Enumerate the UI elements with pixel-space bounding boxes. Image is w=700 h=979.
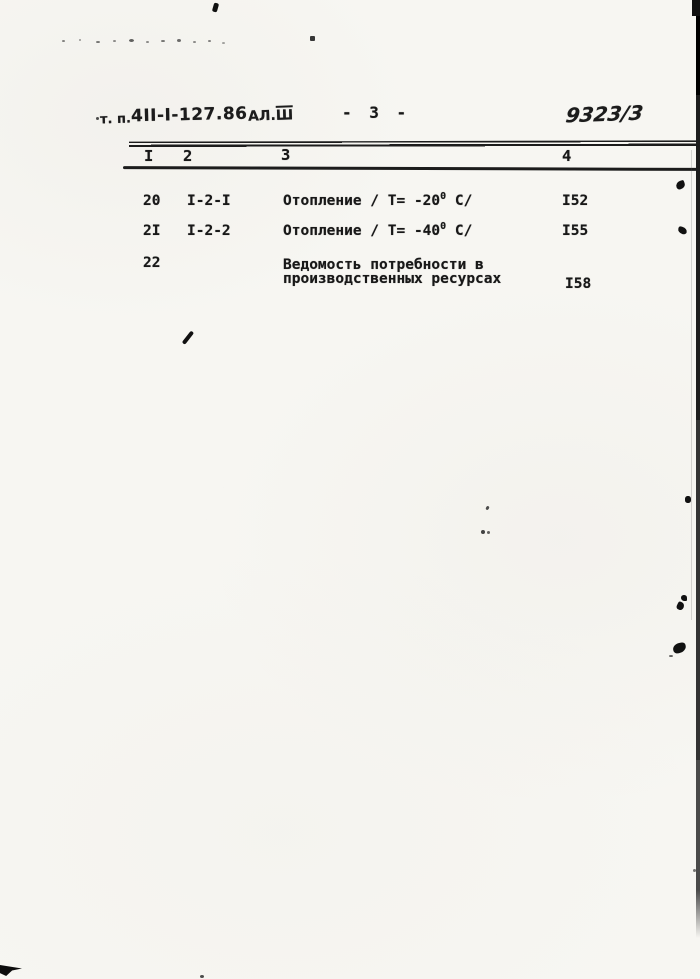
album-roman-numeral: Ш [275, 105, 293, 123]
ink-speck [481, 530, 485, 534]
document-code: 9323/3 [564, 101, 644, 128]
ink-blot [681, 595, 687, 601]
ink-speck [146, 41, 149, 43]
ink-blot [675, 180, 686, 191]
ink-speck [161, 40, 165, 42]
column-header-4: 4 [562, 149, 571, 164]
row-page: I55 [562, 224, 588, 239]
ink-blot [672, 642, 687, 654]
scan-corner-blot [0, 963, 22, 976]
album-label: АЛ.Ш [248, 105, 294, 125]
ink-speck [79, 39, 81, 41]
row-page: I58 [565, 277, 591, 292]
table-header-rule [123, 166, 700, 170]
ink-speck [62, 40, 65, 42]
ink-speck [310, 36, 315, 41]
ink-blot [677, 226, 688, 235]
ink-speck [485, 506, 490, 511]
scanned-document-page: т. п. 4II-I-127.86 АЛ.Ш - 3 - 9323/3 I 2… [0, 0, 700, 979]
ink-speck [222, 42, 225, 44]
row-number: 20 [143, 194, 160, 209]
row-title: Отопление / Т= -200 С/ [283, 194, 472, 209]
sheet-page-number: - 3 - [342, 105, 410, 120]
row-number: 2I [143, 224, 160, 239]
scan-right-edge-shadow [696, 0, 700, 938]
ink-speck [193, 41, 196, 43]
row-number: 22 [143, 256, 160, 271]
ink-speck [208, 40, 211, 42]
ink-speck [96, 117, 99, 120]
ink-speck [177, 39, 181, 42]
ink-speck [487, 531, 490, 534]
scan-edge-line [691, 150, 692, 620]
row-code: I-2-I [187, 194, 231, 209]
ink-speck [113, 40, 116, 42]
ink-speck [200, 975, 204, 978]
ink-speck [96, 41, 100, 43]
row-title: Отопление / Т= -400 С/ [283, 224, 472, 239]
row-code: I-2-2 [187, 224, 231, 239]
ink-speck [693, 869, 696, 872]
row-title-line2: производственных ресурсах [283, 272, 501, 287]
project-type-label: т. п. [100, 111, 131, 127]
ink-speck [129, 39, 134, 42]
row-page: I52 [562, 194, 588, 209]
ink-blot [685, 496, 691, 503]
project-number: 4II-I-127.86 [131, 104, 248, 127]
column-header-2: 2 [183, 149, 192, 164]
pen-stroke [182, 331, 194, 345]
column-header-3: 3 [281, 148, 290, 163]
column-header-1: I [144, 149, 153, 164]
ink-tick [212, 2, 219, 12]
scan-corner-blot [692, 0, 700, 16]
ink-blot [676, 601, 686, 611]
table-top-rule [129, 140, 698, 147]
ink-speck [669, 655, 673, 657]
